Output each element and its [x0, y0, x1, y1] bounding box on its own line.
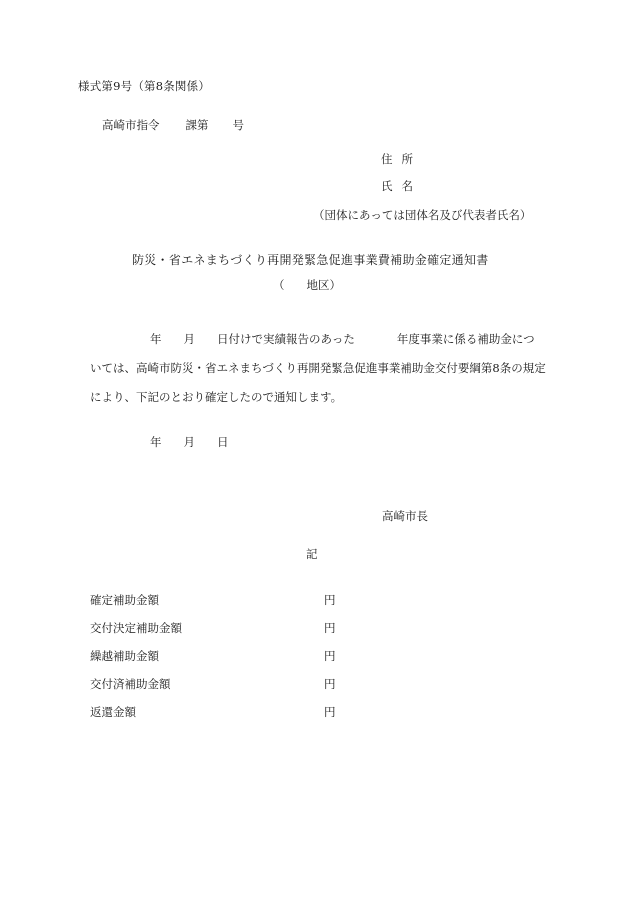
- district-open-paren: （: [273, 278, 285, 292]
- amount-row-carryover: 繰越補助金額 円: [90, 651, 350, 665]
- body-rest: 年度事業に係る補助金につ: [397, 332, 535, 346]
- body-day-text: 日付けで実績報告のあった: [217, 332, 355, 346]
- amount-label: 返還金額: [90, 707, 136, 719]
- amount-row-decided: 交付決定補助金額 円: [90, 623, 350, 637]
- district-label: 地区）: [307, 278, 342, 292]
- document-number: 高崎市指令課第号: [102, 120, 244, 132]
- body-month: 月: [184, 332, 196, 346]
- document-page: 様式第9号（第8条関係） 高崎市指令課第号 住所 氏名 （団体にあっては団体名及…: [0, 0, 630, 903]
- amount-row-paid: 交付済補助金額 円: [90, 679, 350, 693]
- body-line-2: いては、高崎市防災・省エネまちづくり再開発緊急促進事業補助金交付要綱第8条の規定: [90, 363, 546, 375]
- form-number: 様式第9号（第8条関係）: [78, 81, 210, 93]
- amount-label: 確定補助金額: [90, 595, 159, 607]
- amount-row-confirmed: 確定補助金額 円: [90, 595, 350, 609]
- issuer-name: 高崎市長: [382, 511, 428, 523]
- body-line-3: により、下記のとおり確定したので通知します。: [90, 392, 342, 404]
- amount-unit: 円: [324, 651, 336, 663]
- representative-note: （団体にあっては団体名及び代表者氏名）: [313, 210, 531, 222]
- amount-unit: 円: [324, 679, 336, 691]
- ki-heading: 記: [306, 549, 318, 561]
- amount-unit: 円: [324, 595, 336, 607]
- doc-number-prefix: 高崎市指令: [102, 120, 160, 132]
- issue-day: 日: [217, 435, 229, 449]
- body-line-1: 年月日付けで実績報告のあった年度事業に係る補助金につ: [150, 334, 535, 346]
- issue-year: 年: [150, 435, 162, 449]
- district-line: （地区）: [273, 280, 341, 292]
- issue-month: 月: [184, 435, 196, 449]
- doc-number-suffix: 号: [233, 120, 245, 132]
- body-year: 年: [150, 332, 162, 346]
- amount-unit: 円: [324, 707, 336, 719]
- address-label: 住所: [381, 154, 422, 166]
- document-title: 防災・省エネまちづくり再開発緊急促進事業費補助金確定通知書: [132, 254, 489, 266]
- amount-label: 交付決定補助金額: [90, 623, 182, 635]
- amount-row-refund: 返還金額 円: [90, 707, 350, 721]
- amount-label: 繰越補助金額: [90, 651, 159, 663]
- amount-label: 交付済補助金額: [90, 679, 171, 691]
- issue-date: 年月日: [150, 437, 229, 449]
- doc-number-section: 課第: [186, 120, 209, 132]
- amount-unit: 円: [324, 623, 336, 635]
- name-label: 氏名: [381, 181, 422, 193]
